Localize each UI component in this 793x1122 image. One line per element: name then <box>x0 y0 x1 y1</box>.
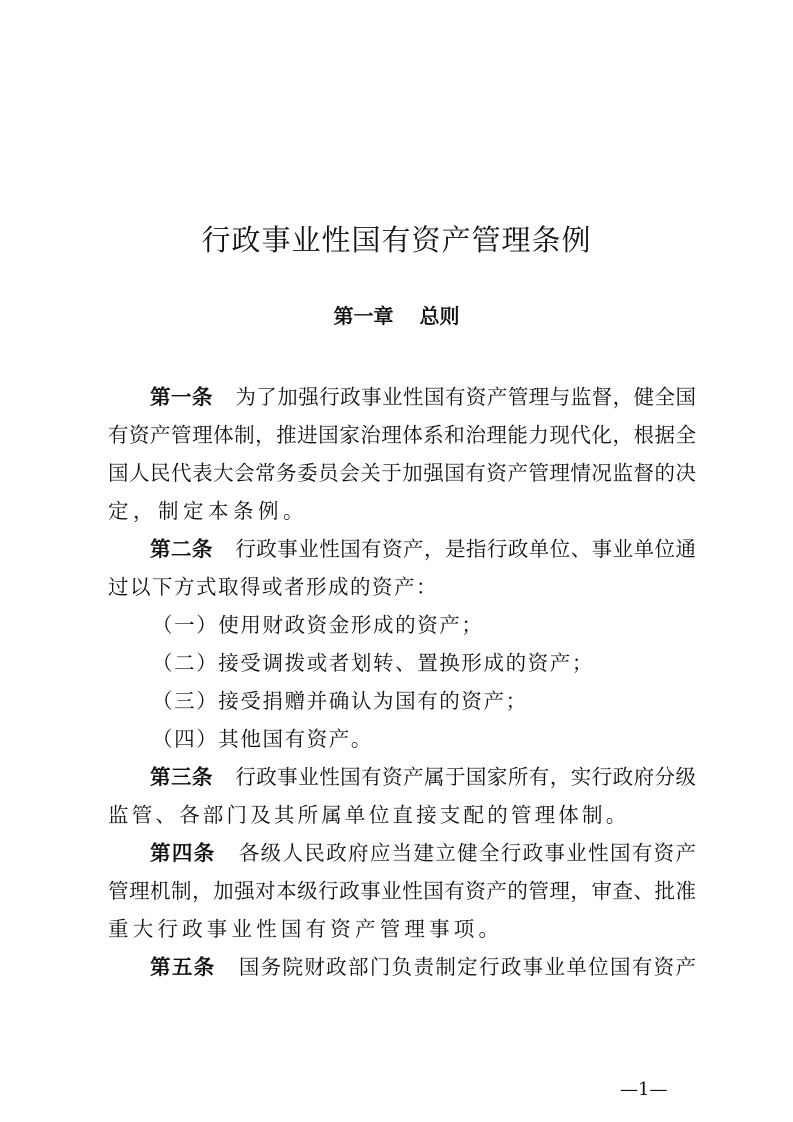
article-2-line-2: 过以下方式取得或者形成的资产： <box>108 573 696 601</box>
article-1-line-3: 国人民代表大会常务委员会关于加强国有资产管理情况监督的决 <box>108 459 696 487</box>
page-number: —1— <box>620 1079 667 1100</box>
article-4-line-1: 第四条各级人民政府应当建立健全行政事业性国有资产 <box>150 839 696 867</box>
article-2-item-1: （一）使用财政资金形成的资产； <box>152 611 484 639</box>
article-1-line-1: 第一条为了加强行政事业性国有资产管理与监督，健全国 <box>150 383 696 411</box>
document-page: 行政事业性国有资产管理条例 第一章总则 第一条为了加强行政事业性国有资产管理与监… <box>0 0 793 1122</box>
article-3-line-2: 监管、各部门及其所属单位直接支配的管理体制。 <box>108 801 696 829</box>
article-label: 第二条 <box>150 537 213 561</box>
article-label: 第三条 <box>150 765 213 789</box>
document-title: 行政事业性国有资产管理条例 <box>0 218 793 259</box>
chapter-number: 第一章 <box>334 304 394 328</box>
article-4-line-2: 管理机制，加强对本级行政事业性国有资产的管理，审查、批准 <box>108 877 696 905</box>
chapter-heading: 第一章总则 <box>0 300 793 329</box>
article-2-item-2: （二）接受调拨或者划转、置换形成的资产； <box>152 649 594 677</box>
article-label: 第一条 <box>150 385 213 409</box>
article-1-line-4: 定，制定本条例。 <box>108 497 696 525</box>
article-label: 第五条 <box>150 955 216 979</box>
article-2-item-4: （四）其他国有资产。 <box>152 725 373 753</box>
article-5-line-1: 第五条国务院财政部门负责制定行政事业单位国有资产 <box>150 953 696 981</box>
article-3-line-1: 第三条行政事业性国有资产属于国家所有，实行政府分级 <box>150 763 696 791</box>
article-label: 第四条 <box>150 841 216 865</box>
chapter-name: 总则 <box>420 304 460 328</box>
article-2-item-3: （三）接受捐赠并确认为国有的资产； <box>152 687 528 715</box>
article-2-line-1: 第二条行政事业性国有资产，是指行政单位、事业单位通 <box>150 535 696 563</box>
article-1-line-2: 有资产管理体制，推进国家治理体系和治理能力现代化，根据全 <box>108 421 696 449</box>
article-4-line-3: 重大行政事业性国有资产管理事项。 <box>108 915 696 943</box>
